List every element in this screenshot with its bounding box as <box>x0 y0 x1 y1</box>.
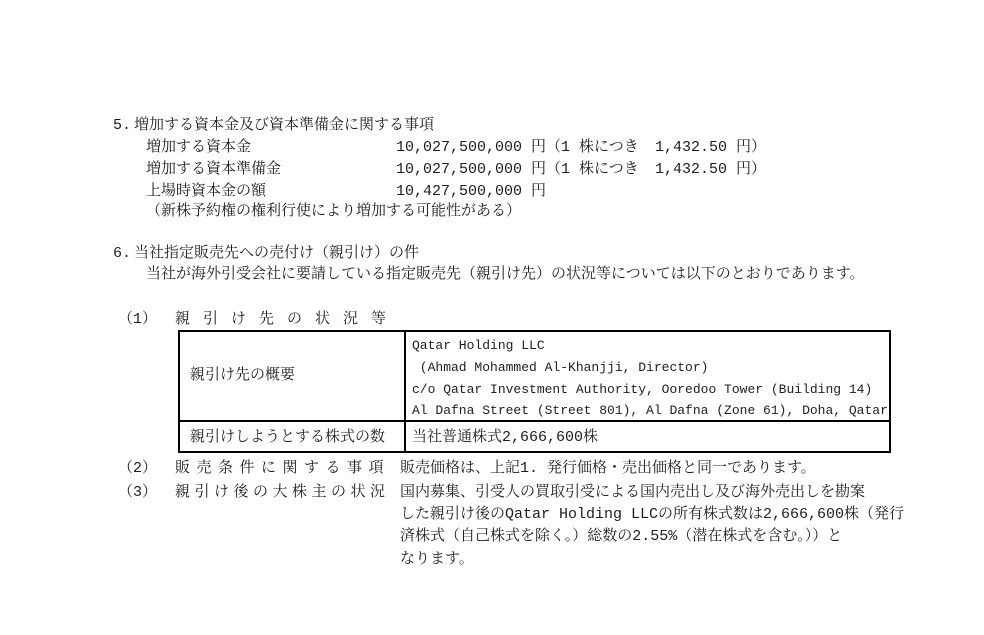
buyer-overview-label: 親引け先の概要 <box>190 368 295 385</box>
section6-heading: 当社指定販売先への売付け（親引け）の件 <box>134 245 419 262</box>
share-count-label: 親引けしようとする株式の数 <box>190 430 385 447</box>
section6-number: 6. <box>113 245 131 262</box>
capital-reserve-per-share: 1,432.50 円） <box>655 161 766 178</box>
section5-note: （新株予約権の権利行使により増加する可能性がある） <box>146 203 521 220</box>
section6-intro: 当社が海外引受会社に要請している指定販売先（親引け先）の状況等については以下のと… <box>146 266 865 283</box>
section5-heading: 増加する資本金及び資本準備金に関する事項 <box>134 117 434 134</box>
document-page: 5. 増加する資本金及び資本準備金に関する事項 増加する資本金 10,027,5… <box>0 0 984 635</box>
item2-number: （2） <box>118 460 157 477</box>
capital-reserve-label: 増加する資本準備金 <box>146 161 281 178</box>
buyer-address-line2: Al Dafna Street (Street 801), Al Dafna (… <box>412 404 888 418</box>
item3-title: 親引け後の大株主の状況 <box>175 484 390 501</box>
capital-increase-label: 増加する資本金 <box>146 139 251 156</box>
item2-text: 販売価格は、上記1. 発行価格・売出価格と同一であります。 <box>400 460 816 477</box>
table-row-divider <box>180 420 889 422</box>
table-column-divider <box>404 332 406 451</box>
buyer-address-line1: c/o Qatar Investment Authority, Ooredoo … <box>412 383 872 397</box>
buyer-director-line: (Ahmad Mohammed Al-Khanjji, Director) <box>412 361 708 375</box>
section5-number: 5. <box>113 117 131 134</box>
item1-title: 親引け先の状況等 <box>175 311 399 328</box>
item3-text-line1: 国内募集、引受人の買取引受による国内売出し及び海外売出しを勘案 <box>400 484 865 501</box>
listing-capital-value: 10,427,500,000 円 <box>396 183 546 200</box>
item3-text-line4: なります。 <box>400 551 474 568</box>
share-count-value: 当社普通株式2,666,600株 <box>412 430 598 447</box>
item1-number: （1） <box>118 311 157 328</box>
item2-title: 販売条件に関する事項 <box>175 460 390 477</box>
item3-number: （3） <box>118 484 157 501</box>
listing-capital-label: 上場時資本金の額 <box>146 183 266 200</box>
capital-reserve-value: 10,027,500,000 円（1 株につき <box>396 161 639 178</box>
capital-increase-value: 10,027,500,000 円（1 株につき <box>396 139 639 156</box>
capital-increase-per-share: 1,432.50 円） <box>655 139 766 156</box>
designated-buyer-table: 親引け先の概要 Qatar Holding LLC (Ahmad Mohamme… <box>178 330 891 453</box>
item3-text-line3: 済株式（自己株式を除く。）総数の2.55%（潜在株式を含む。））と <box>400 528 842 545</box>
buyer-name-line: Qatar Holding LLC <box>412 339 545 353</box>
item3-text-line2: した親引け後のQatar Holding LLCの所有株式数は2,666,600… <box>400 506 904 523</box>
